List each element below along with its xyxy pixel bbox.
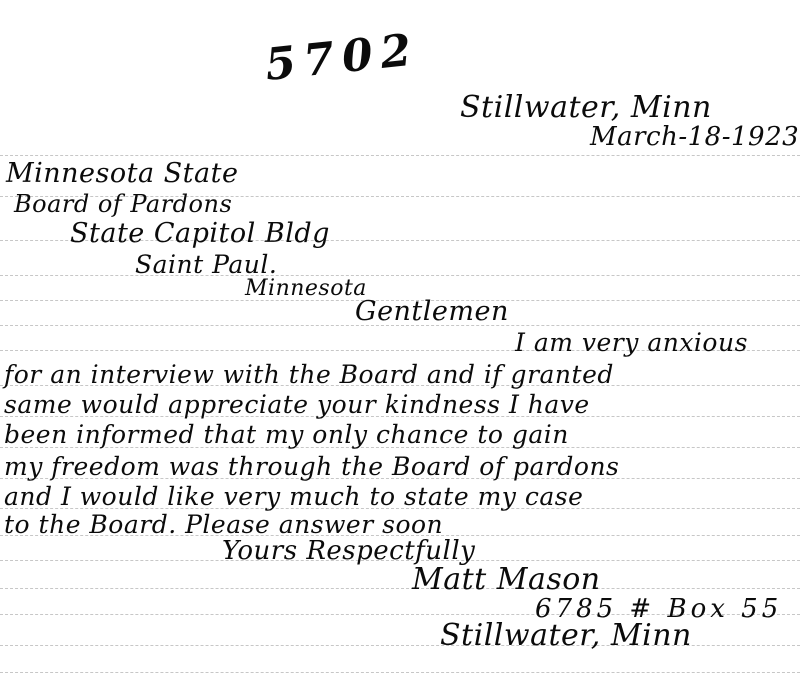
- addressee-line-1: Minnesota State: [6, 158, 238, 189]
- addressee-line-3: State Capitol Bldg: [70, 218, 330, 249]
- ruled-line: [0, 672, 800, 673]
- letter-page: 5702 Stillwater, Minn March-18-1923 Minn…: [0, 0, 800, 688]
- body-line-3: same would appreciate your kindness I ha…: [4, 390, 590, 419]
- body-line-2: for an interview with the Board and if g…: [4, 360, 614, 389]
- case-number: 5702: [263, 24, 422, 91]
- body-line-4: been informed that my only chance to gai…: [4, 420, 569, 449]
- ruled-line: [0, 155, 800, 156]
- header-place: Stillwater, Minn: [460, 90, 712, 125]
- signature: Matt Mason: [412, 562, 601, 597]
- addressee-line-2: Board of Pardons: [14, 190, 232, 218]
- ruled-line: [0, 275, 800, 276]
- header-date: March-18-1923: [590, 122, 799, 152]
- salutation: Gentlemen: [355, 296, 509, 327]
- body-line-1: I am very anxious: [515, 328, 748, 357]
- addressee-line-4: Saint Paul.: [135, 250, 277, 279]
- body-line-6: and I would like very much to state my c…: [4, 482, 583, 511]
- addressee-line-5: Minnesota: [245, 276, 367, 301]
- return-place: Stillwater, Minn: [440, 618, 692, 653]
- body-line-7: to the Board. Please answer soon: [4, 510, 443, 539]
- body-line-5: my freedom was through the Board of pard…: [4, 452, 619, 481]
- ruled-line: [0, 588, 800, 589]
